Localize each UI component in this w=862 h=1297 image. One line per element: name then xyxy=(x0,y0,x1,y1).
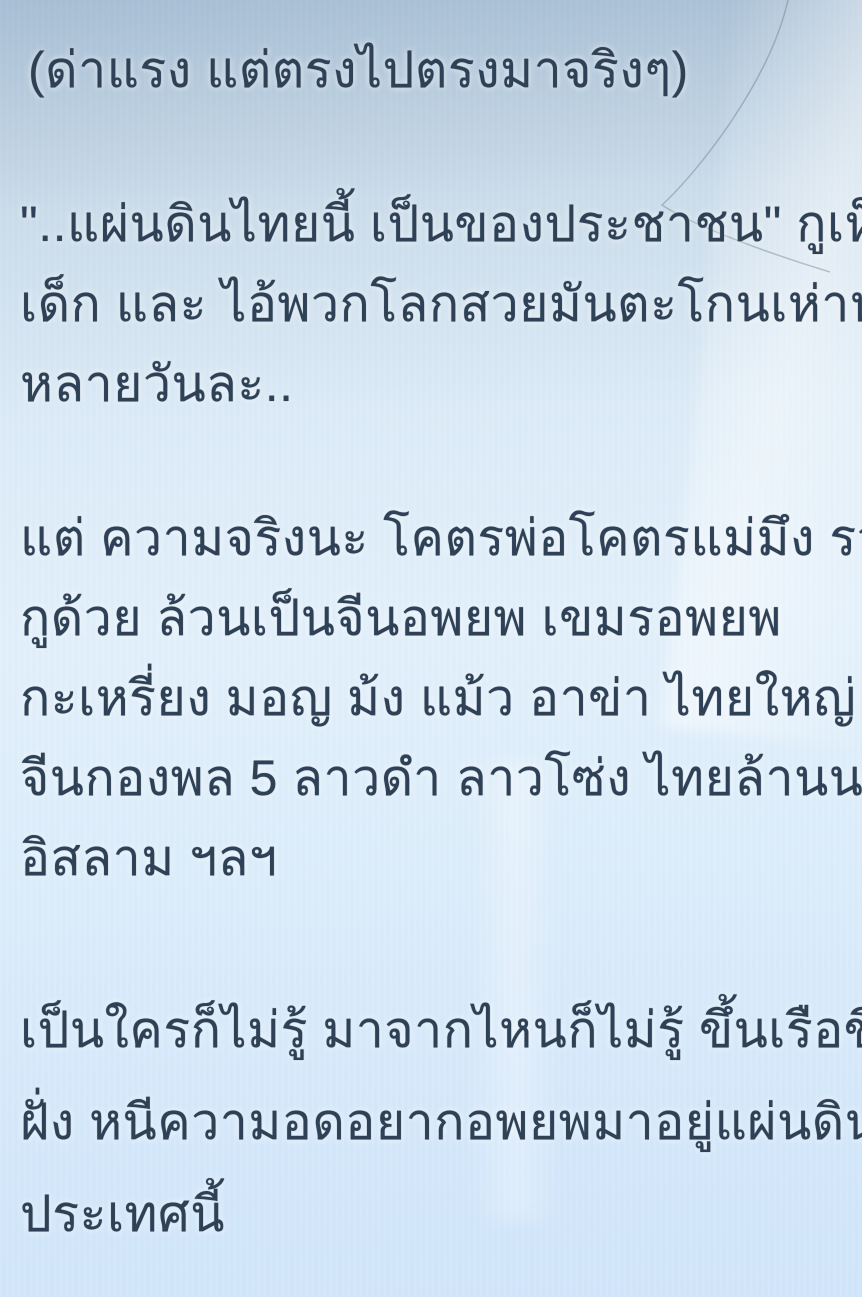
paragraph-1: "..แผ่นดินไทยนี้ เป็นของประชาชน" กูเห็น … xyxy=(20,110,842,424)
text-line: กูด้วย ล้วนเป็นจีนอพยพ เขมรอพยพ xyxy=(20,578,842,658)
text-line: (ด่าแรง แต่ตรงไปตรงมาจริงๆ) xyxy=(28,30,842,110)
text-line: อิสลาม ฯลฯ xyxy=(20,818,842,898)
text-line: จีนกองพล 5 ลาวดำ ลาวโซ่ง ไทยล้านนา xyxy=(20,738,842,818)
text-line: แต่ ความจริงนะ โคตรพ่อโคตรแม่มึง รวม xyxy=(20,498,842,578)
screen-photo: (ด่าแรง แต่ตรงไปตรงมาจริงๆ) "..แผ่นดินไท… xyxy=(0,0,862,1297)
paragraph-3: เป็นใครก็ไม่รู้ มาจากไหนก็ไม่รู้ ขึ้นเรื… xyxy=(20,898,842,1260)
intro-line: (ด่าแรง แต่ตรงไปตรงมาจริงๆ) xyxy=(28,18,842,110)
text-line: เป็นใครก็ไม่รู้ มาจากไหนก็ไม่รู้ ขึ้นเรื… xyxy=(20,984,842,1076)
text-line: หลายวันละ.. xyxy=(20,344,842,424)
paragraph-2: แต่ ความจริงนะ โคตรพ่อโคตรแม่มึง รวม กูด… xyxy=(20,424,842,898)
text-line: "..แผ่นดินไทยนี้ เป็นของประชาชน" กูเห็น xyxy=(20,184,842,264)
text-line: เด็ก และ ไอ้พวกโลกสวยมันตะโกนเห่าหอน xyxy=(20,264,842,344)
post-text: (ด่าแรง แต่ตรงไปตรงมาจริงๆ) "..แผ่นดินไท… xyxy=(20,18,842,1260)
text-line: ประเทศนี้ xyxy=(20,1168,842,1260)
text-line: กะเหรี่ยง มอญ ม้ง แม้ว อาข่า ไทยใหญ่ xyxy=(20,658,842,738)
text-line: ฝั่ง หนีความอดอยากอพยพมาอยู่แผ่นดินนี้ xyxy=(20,1076,842,1168)
